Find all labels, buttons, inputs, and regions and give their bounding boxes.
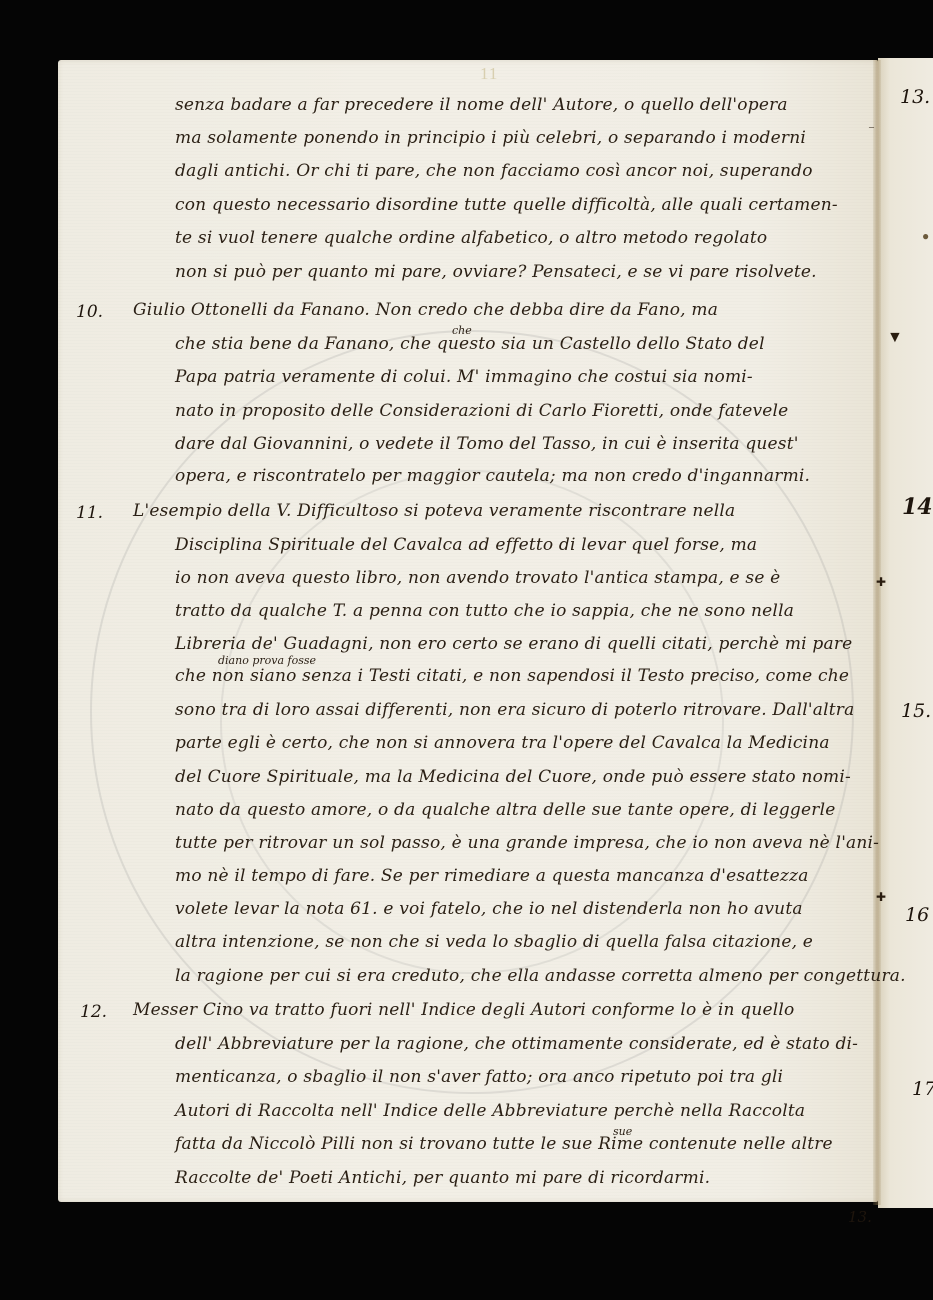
binding-gutter [873, 60, 881, 1205]
text-line: Giulio Ottonelli da Fanano. Non credo ch… [133, 300, 718, 320]
text-line: sono tra di loro assai differenti, non e… [175, 700, 854, 720]
text-line: del Cuore Spirituale, ma la Medicina del… [175, 767, 851, 787]
text-line: tratto da qualche T. a penna con tutto c… [175, 601, 794, 621]
text-line: nato da questo amore, o da qualche altra… [175, 800, 836, 820]
margin-number: 13. [900, 86, 930, 108]
text-line: ma solamente ponendo in principio i più … [175, 128, 806, 148]
text-line: Autori di Raccolta nell' Indice delle Ab… [175, 1101, 805, 1121]
text-line: opera, e riscontratelo per maggior caute… [175, 466, 810, 486]
text-line: senza badare a far precedere il nome del… [175, 95, 788, 115]
page-number: 13. [848, 1208, 872, 1226]
text-line: non si può per quanto mi pare, ovviare? … [175, 262, 817, 282]
entry-number: 12. [80, 1002, 107, 1022]
text-line: nato in proposito delle Considerazioni d… [175, 401, 788, 421]
text-line: menticanza, o sbaglio il non s'aver fatt… [175, 1067, 783, 1087]
margin-number: 15. [901, 700, 931, 722]
ink-dash-mark: – [869, 122, 874, 133]
entry-number: 10. [76, 302, 103, 322]
margin-number: 16 [905, 904, 929, 926]
text-line: io non aveva questo libro, non avendo tr… [175, 568, 780, 588]
text-line: dare dal Giovannini, o vedete il Tomo de… [175, 434, 799, 454]
text-line: che non siano senza i Testi citati, e no… [175, 666, 849, 686]
text-line: con questo necessario disordine tutte qu… [175, 195, 838, 215]
text-line: volete levar la nota 61. e voi fatelo, c… [175, 899, 803, 919]
text-line: che stia bene da Fanano, che questo sia … [175, 334, 765, 354]
text-line: Papa patria veramente di colui. M' immag… [175, 367, 753, 387]
ink-cross-mark: ✚ [876, 575, 886, 590]
text-line: mo nè il tempo di fare. Se per rimediare… [175, 866, 809, 886]
ink-cross-mark: ✚ [876, 890, 886, 905]
text-line: dell' Abbreviature per la ragione, che o… [175, 1034, 858, 1054]
margin-number: 14 [902, 494, 933, 520]
text-line: Raccolte de' Poeti Antichi, per quanto m… [175, 1168, 710, 1188]
ink-spot: ● [922, 229, 929, 244]
ink-arrow-mark: ▼ [887, 329, 903, 347]
text-line: Messer Cino va tratto fuori nell' Indice… [133, 1000, 794, 1020]
folio-mark: 11 [480, 64, 498, 84]
entry-number: 11. [76, 503, 103, 523]
text-line: Disciplina Spirituale del Cavalca ad eff… [175, 535, 757, 555]
text-line: tutte per ritrovar un sol passo, è una g… [175, 833, 879, 853]
text-line: altra intenzione, se non che si veda lo … [175, 932, 813, 952]
text-line: parte egli è certo, che non si annovera … [175, 733, 830, 753]
text-line: te si vuol tenere qualche ordine alfabet… [175, 228, 767, 248]
text-line: dagli antichi. Or chi ti pare, che non f… [175, 161, 813, 181]
margin-number: 17 [912, 1078, 933, 1100]
text-line: Libreria de' Guadagni, non ero certo se … [175, 634, 852, 654]
text-line: L'esempio della V. Difficultoso si potev… [133, 501, 735, 521]
text-line: fatta da Niccolò Pilli non si trovano tu… [175, 1134, 833, 1154]
text-line: la ragione per cui si era creduto, che e… [175, 966, 906, 986]
